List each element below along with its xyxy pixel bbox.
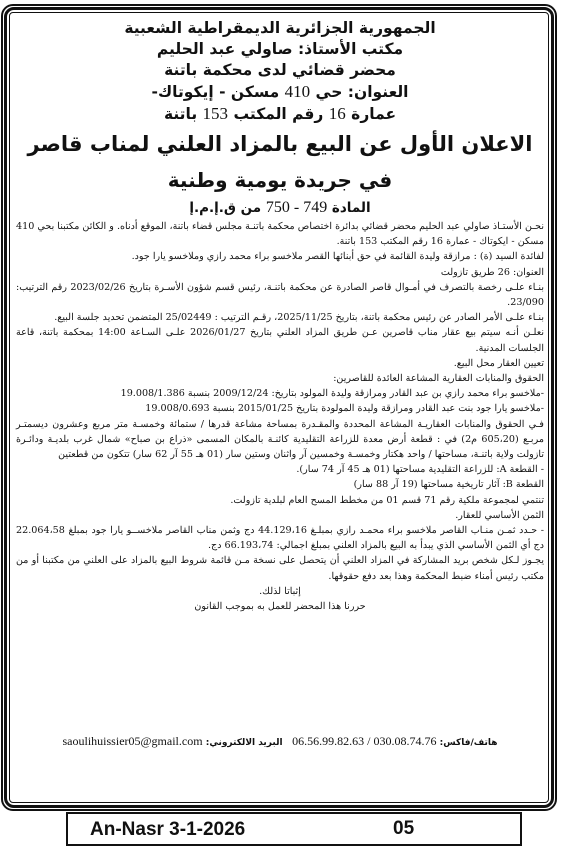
paragraph-beneficiary: لفائدة السيد (ة) : مرازقة وليدة القائمة … [16, 249, 544, 264]
paragraph-minor-1: -ملاخسو براء محمد رازي بن عبد القادر ومر… [16, 386, 544, 401]
notice-body: نحـن الأستـاذ صاولي عبد الحليم محضر قضائ… [14, 219, 546, 614]
legal-article-reference: المادة 749 - 750 من ق.إ.م.إ [14, 199, 546, 217]
paragraph-authorization: بنـاء علـى رخصة بالتصرف في أمـوال قاصر ا… [16, 280, 544, 310]
paragraph-address: العنوان: 26 طريق تازولت [16, 265, 544, 280]
paragraph-property-description: فـي الحقوق والمنابات العقاريـة المشاعة ا… [16, 417, 544, 463]
role-line: محضر قضائي لدى محكمة باتنة [14, 60, 546, 81]
phone-label: هاتف/فاكس: [440, 738, 498, 748]
paragraph-property-heading: تعيين العقار محل البيع. [16, 356, 544, 371]
paragraph-price: - حـدد ثمـن منـاب القاصر ملاخسو براء محم… [16, 523, 544, 553]
paragraph-attestation: إثباتا لذلك. [16, 584, 544, 599]
notice-subtitle: في جريدة يومية وطنية [14, 165, 546, 195]
paragraph-closing: حررنا هذا المحضر للعمل به بموجب القانون [16, 599, 544, 614]
paragraph-rights-heading: الحقوق والمنابات العقارية المشاعة العائد… [16, 371, 544, 386]
notice-title: الاعلان الأول عن البيع بالمزاد العلني لم… [14, 129, 546, 159]
paragraph-conditions: يجـوز لـكل شخص بريد المشاركة في المزاد ا… [16, 553, 544, 583]
page-number: 05 [393, 818, 414, 840]
paragraph-sale-date: نعلـن أنـه سيتم بيع عقار مناب قاصرين عـن… [16, 325, 544, 355]
building-line: عمارة 16 رقم المكتب 153 باتنة [14, 103, 546, 125]
paragraph-price-heading: الثمن الأساسي للعقار. [16, 508, 544, 523]
paragraph-order: بنـاء علـى الأمر الصادر عن رئيس محكمة با… [16, 310, 544, 325]
newspaper-footer: An-Nasr 3-1-2026 05 [66, 812, 522, 846]
paragraph-plot-b: القطعة B: آثار تاريخية مساحتها (19 آر 88… [16, 477, 544, 492]
email-label: البريد الالكتروني: [206, 738, 283, 748]
paragraph-bailiff: نحـن الأستـاذ صاولي عبد الحليم محضر قضائ… [16, 219, 544, 249]
email-address[interactable]: saoulihuissier05@gmail.com [63, 734, 203, 748]
notice-header: الجمهورية الجزائرية الديمقراطية الشعبية … [14, 18, 546, 125]
republic-line: الجمهورية الجزائرية الديمقراطية الشعبية [14, 18, 546, 39]
notice-content: الجمهورية الجزائرية الديمقراطية الشعبية … [14, 16, 546, 614]
paragraph-plot-a: - القطعة A: للزراعة التقليدية مساحتها (0… [16, 462, 544, 477]
contact-line: هاتف/فاكس: 06.56.99.82.63 / 030.08.74.76… [20, 734, 540, 749]
phone-numbers: 06.56.99.82.63 / 030.08.74.76 [292, 734, 436, 748]
publication-date: An-Nasr 3-1-2026 [90, 819, 245, 841]
office-line: مكتب الأستاذ: صاولي عبد الحليم [14, 39, 546, 60]
address-line: العنوان: حي 410 مسكن - إيكوتاك- [14, 81, 546, 103]
paragraph-cadastre: تنتمي لمجموعة ملكية رقم 71 قسم 01 من مخط… [16, 493, 544, 508]
paragraph-minor-2: -ملاخسو يارا جود بنت عبد القادر ومرازقة … [16, 401, 544, 416]
